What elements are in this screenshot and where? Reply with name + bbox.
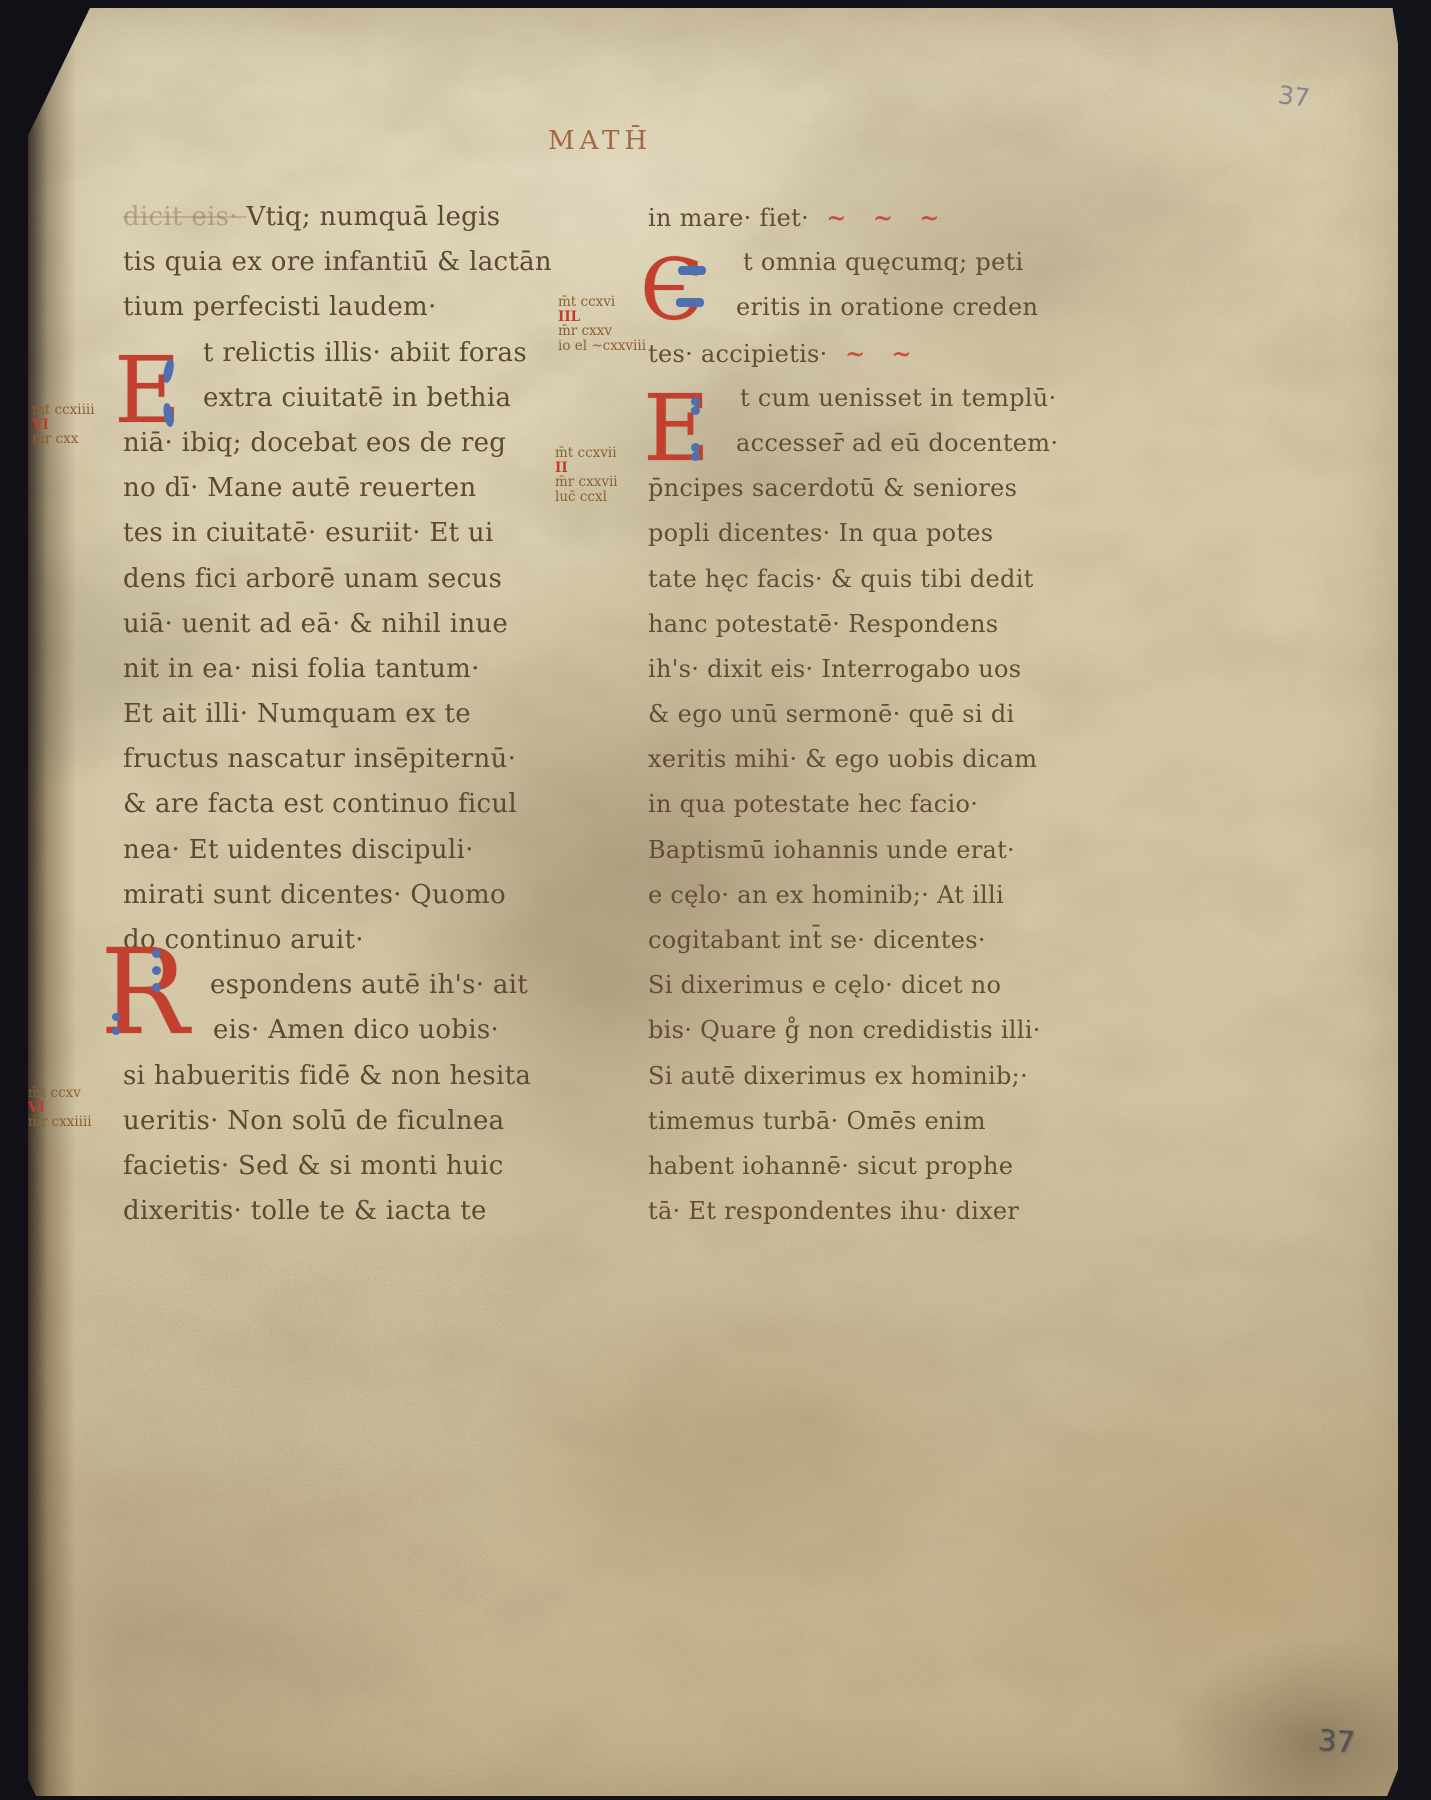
text-line: habent iohannē· sicut prophe <box>648 1144 1048 1189</box>
text-line: fructus nascatur insēpiternū· <box>123 737 568 782</box>
text-line: Si autē dixerimus ex hominib;· <box>648 1054 1048 1099</box>
parchment-page: MATH̄ 37 dicit eis· Vtiq; numquā legisti… <box>28 8 1398 1796</box>
canon-reference: m̄r cxxv <box>558 324 646 339</box>
text-line: uiā· uenit ad eā· & nihil inue <box>123 602 568 647</box>
text-line: nea· Et uidentes discipuli· <box>123 828 568 873</box>
text-line: eis· Amen dico uobis· <box>123 1008 568 1053</box>
margin-note-canon-intercolumn-2: m̄t ccxviiIIm̄r cxxviiluc̄ ccxl <box>555 446 618 504</box>
text-line: ueritis· Non solū de ficulnea <box>123 1099 568 1144</box>
initial-glyph: R <box>100 923 189 1061</box>
initial-glyph: E <box>643 375 710 482</box>
canon-reference: luc̄ ccxl <box>555 490 618 505</box>
text-line: eritis in oratione creden <box>648 285 1048 330</box>
text-line: in qua potestate hec facio· <box>648 782 1048 827</box>
folio-number-pencil: 37 <box>1276 80 1311 113</box>
binding-gutter-shadow <box>28 8 123 1796</box>
initial-glyph: Є <box>640 241 704 339</box>
text-line: tes· accipietis· ~ ~ <box>648 331 1048 376</box>
text-line: xeritis mihi· & ego uobis dicam <box>648 737 1048 782</box>
canon-reference: m̄r cxx <box>32 432 95 447</box>
text-line: dicit eis· Vtiq; numquā legis <box>123 195 568 240</box>
text-line: Et ait illi· Numquam ex te <box>123 692 568 737</box>
text-line: tā· Et respondentes ihu· dixer <box>648 1189 1048 1234</box>
text-line: t relictis illis· abiit foras <box>123 331 568 376</box>
canon-reference: m̄t ccxiiii <box>32 403 95 418</box>
canon-reference: m̄t ccxv <box>28 1086 92 1101</box>
text-line: t omnia quęcumq; peti <box>648 240 1048 285</box>
running-title: MATH̄ <box>548 126 652 156</box>
canon-reference: io el ~cxxviii <box>558 339 646 354</box>
text-line: dixeritis· tolle te & iacta te <box>123 1189 568 1234</box>
text-line: tes in ciuitatē· esuriit· Et ui <box>123 511 568 556</box>
text-line: & ego unū sermonē· quē si di <box>648 692 1048 737</box>
canon-reference: II <box>555 461 618 476</box>
text-line: cogitabant int̄ se· dicentes· <box>648 918 1048 963</box>
canon-reference: m̄r cxxiiii <box>28 1115 92 1130</box>
text-line: hanc potestatē· Respondens <box>648 602 1048 647</box>
text-line: in mare· fiet· ~ ~ ~ <box>648 195 1048 240</box>
margin-note-canon-left-2: m̄t ccxvVIm̄r cxxiiii <box>28 1086 92 1130</box>
text-line: facietis· Sed & si monti huic <box>123 1144 568 1189</box>
right-column: in mare· fiet· ~ ~ ~t omnia quęcumq; pet… <box>648 195 1048 1234</box>
text-line: ih's· dixit eis· Interrogabo uos <box>648 647 1048 692</box>
text-line: espondens autē ih's· ait <box>123 963 568 1008</box>
decorated-initial-E-et-relictis: E <box>114 345 181 437</box>
folio-number-bottom: 37 <box>1317 1723 1356 1759</box>
text-line: mirati sunt dicentes· Quomo <box>123 873 568 918</box>
text-line: si habueritis fidē & non hesita <box>123 1054 568 1099</box>
text-line: Si dixerimus e cęlo· dicet no <box>648 963 1048 1008</box>
margin-note-canon-intercolumn-1: m̄t ccxviIILm̄r cxxvio el ~cxxviii <box>558 295 646 353</box>
canon-reference: IIL <box>558 310 646 325</box>
decorated-initial-E-et-cum: E <box>643 383 710 475</box>
canon-reference: VI <box>28 1101 92 1116</box>
text-line: e cęlo· an ex hominib;· At illi <box>648 873 1048 918</box>
canon-reference: m̄t ccxvi <box>558 295 646 310</box>
text-line: dens fici arborē unam secus <box>123 557 568 602</box>
text-line: nit in ea· nisi folia tantum· <box>123 647 568 692</box>
text-line: tis quia ex ore infantiū & lactān <box>123 240 568 285</box>
manuscript-photo: MATH̄ 37 dicit eis· Vtiq; numquā legisti… <box>0 0 1431 1800</box>
text-line: tium perfecisti laudem· <box>123 285 568 330</box>
text-line: niā· ibiq; docebat eos de reg <box>123 421 568 466</box>
text-line: popli dicentes· In qua potes <box>648 511 1048 556</box>
canon-reference: m̄r cxxvii <box>555 475 618 490</box>
text-line: tate hęc facis· & quis tibi dedit <box>648 557 1048 602</box>
text-line: & are facta est continuo ficul <box>123 782 568 827</box>
text-line: timemus turbā· Omēs enim <box>648 1099 1048 1144</box>
text-line: bis· Quare g̊ non credidistis illi· <box>648 1008 1048 1053</box>
text-line: extra ciuitatē in bethia <box>123 376 568 421</box>
decorated-initial-R-respondens: R <box>100 933 189 1051</box>
canon-reference: m̄t ccxvii <box>555 446 618 461</box>
left-column: dicit eis· Vtiq; numquā legistis quia ex… <box>123 195 568 1234</box>
text-line: Baptismū iohannis unde erat· <box>648 828 1048 873</box>
canon-reference: VI <box>32 418 95 433</box>
margin-note-canon-left-1: m̄t ccxiiiiVIm̄r cxx <box>32 403 95 447</box>
initial-glyph: E <box>114 337 181 444</box>
text-line: do continuo aruit· <box>123 918 568 963</box>
text-line: no dī· Mane autē reuerten <box>123 466 568 511</box>
decorated-initial-E-et-omnia: Є <box>640 248 704 332</box>
